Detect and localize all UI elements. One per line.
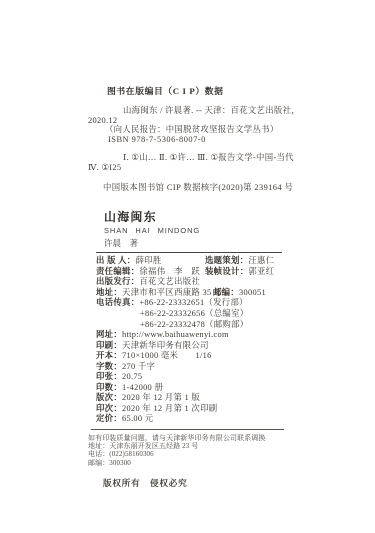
colophon-label: 地址： <box>96 288 122 297</box>
colophon-value: 2020 年 12 月第 1 次印刷 <box>122 404 217 413</box>
colophon-value: +86-22-23332656（总编室） <box>96 309 248 318</box>
colophon-value: 65.00 元 <box>122 414 153 423</box>
divider-bottom <box>91 429 284 430</box>
colophon-row: 版次：2020 年 12 月第 1 版 <box>96 393 358 404</box>
colophon-row: 责任编辑：徐福伟 李 跃 装帧设计：郭亚红 <box>96 267 358 278</box>
cip-record-line: 山海闽东 / 许晨著. -- 天津：百花文艺出版社， <box>123 106 358 116</box>
book-title-pinyin: SHAN HAI MINDONG <box>104 226 358 235</box>
cip-classification: Ⅰ. ①山… Ⅱ. ①许… Ⅲ. ①报告文学-中国-当代 Ⅳ. ①I25 <box>96 153 358 172</box>
colophon-row: 电话传真：+86-22-23332651（发行部） <box>96 298 358 309</box>
colophon-label: 装帧设计： <box>205 267 248 276</box>
book-author: 许晨 著 <box>104 238 358 248</box>
colophon-label: 电话传真： <box>96 298 139 307</box>
cip-record: 山海闽东 / 许晨著. -- 天津：百花文艺出版社， 2020.12 （向人民报… <box>96 106 358 145</box>
colophon-value: +86-22-23332478（邮购部） <box>96 320 248 329</box>
colophon-label: 选题策划： <box>205 256 248 265</box>
isbn: ISBN 978-7-5306-8007-0 <box>108 135 358 145</box>
colophon-value: 薛印胜 <box>136 256 162 265</box>
colophon-row: 印张：20.75 <box>96 372 358 383</box>
colophon-value: 汪惠仁 <box>248 256 274 265</box>
colophon-value: 郭亚红 <box>248 267 274 276</box>
colophon-row: 地址：天津市和平区西康路 35 号 邮编：300051 <box>96 288 358 299</box>
colophon-label: 邮编： <box>213 288 239 297</box>
colophon-row: 开本：710×1000 毫米 1/16 <box>96 351 358 362</box>
colophon-row: 网址：http://www.baihuawenyi.com <box>96 330 358 341</box>
colophon-label: 网址： <box>96 330 122 339</box>
colophon-value: 710×1000 毫米 1/16 <box>122 351 212 360</box>
colophon-row: 出版发行：百花文艺出版社 <box>96 277 358 288</box>
cip-header: 图书在版编目（C I P）数据 <box>107 84 358 97</box>
colophon-label: 印数： <box>96 383 122 392</box>
colophon-value: http://www.baihuawenyi.com <box>122 330 229 339</box>
colophon-label: 字数： <box>96 362 122 371</box>
divider-top <box>96 252 282 253</box>
colophon-label: 开本： <box>96 351 122 360</box>
colophon-value: +86-22-23332651（发行部） <box>139 298 247 307</box>
colophon-row: 印数：1-42000 册 <box>96 383 358 394</box>
colophon-value: 天津市和平区西康路 35 号 <box>122 288 223 297</box>
printer-notice: 如有印装质量问题，请与天津新华印务有限公司联系调换 地址：天津东丽开发区五经路 … <box>88 434 358 467</box>
classification-line: Ⅳ. ①I25 <box>88 163 358 173</box>
colophon-label: 出 版 人： <box>96 256 136 265</box>
colophon-row: +86-22-23332478（邮购部） <box>96 320 358 331</box>
colophon-row: +86-22-23332656（总编室） <box>96 309 358 320</box>
colophon-value: 300051 <box>239 288 266 297</box>
colophon-label: 责任编辑： <box>96 267 139 276</box>
colophon-row: 印刷：天津新华印务有限公司 <box>96 341 358 352</box>
colophon-value: 1-42000 册 <box>122 383 163 392</box>
colophon-value: 百花文艺出版社 <box>139 277 200 286</box>
colophon-value: 20.75 <box>122 372 142 381</box>
page-content: 图书在版编目（C I P）数据 山海闽东 / 许晨著. -- 天津：百花文艺出版… <box>96 84 358 489</box>
colophon-value: 270 千字 <box>122 362 155 371</box>
series-note: （向人民报告：中国脱贫攻坚报告文学丛书） <box>105 125 358 135</box>
colophon-row: 字数：270 千字 <box>96 362 358 373</box>
cip-record-number: 中国版本图书馆 CIP 数据核字(2020)第 239164 号 <box>103 181 358 193</box>
copyright-notice: 版权所有 侵权必究 <box>103 477 358 489</box>
colophon-label: 定价： <box>96 414 122 423</box>
colophon: 出 版 人：薛印胜 选题策划：汪惠仁 责任编辑：徐福伟 李 跃 装帧设计：郭亚红… <box>96 256 358 425</box>
colophon-value: 2020 年 12 月第 1 版 <box>122 393 200 402</box>
notice-line: 邮编：300300 <box>88 459 358 467</box>
colophon-row: 定价：65.00 元 <box>96 414 358 425</box>
colophon-row: 印次：2020 年 12 月第 1 次印刷 <box>96 404 358 415</box>
colophon-label: 版次： <box>96 393 122 402</box>
colophon-row: 出 版 人：薛印胜 选题策划：汪惠仁 <box>96 256 358 267</box>
book-title: 山海闽东 <box>104 211 358 224</box>
colophon-label: 出版发行： <box>96 277 139 286</box>
notice-line: 电话：(022)58160306 <box>88 450 358 458</box>
colophon-value: 天津新华印务有限公司 <box>122 341 209 350</box>
book-copyright-page: 图书在版编目（C I P）数据 山海闽东 / 许晨著. -- 天津：百花文艺出版… <box>0 0 375 533</box>
classification-line: Ⅰ. ①山… Ⅱ. ①许… Ⅲ. ①报告文学-中国-当代 <box>123 153 358 163</box>
colophon-value: 徐福伟 李 跃 <box>139 267 200 276</box>
colophon-label: 印张： <box>96 372 122 381</box>
cip-record-line: 2020.12 <box>88 116 358 126</box>
title-block: 山海闽东 SHAN HAI MINDONG 许晨 著 <box>104 211 358 248</box>
colophon-label: 印次： <box>96 404 122 413</box>
colophon-label: 印刷： <box>96 341 122 350</box>
notice-line: 如有印装质量问题，请与天津新华印务有限公司联系调换 <box>88 434 358 442</box>
